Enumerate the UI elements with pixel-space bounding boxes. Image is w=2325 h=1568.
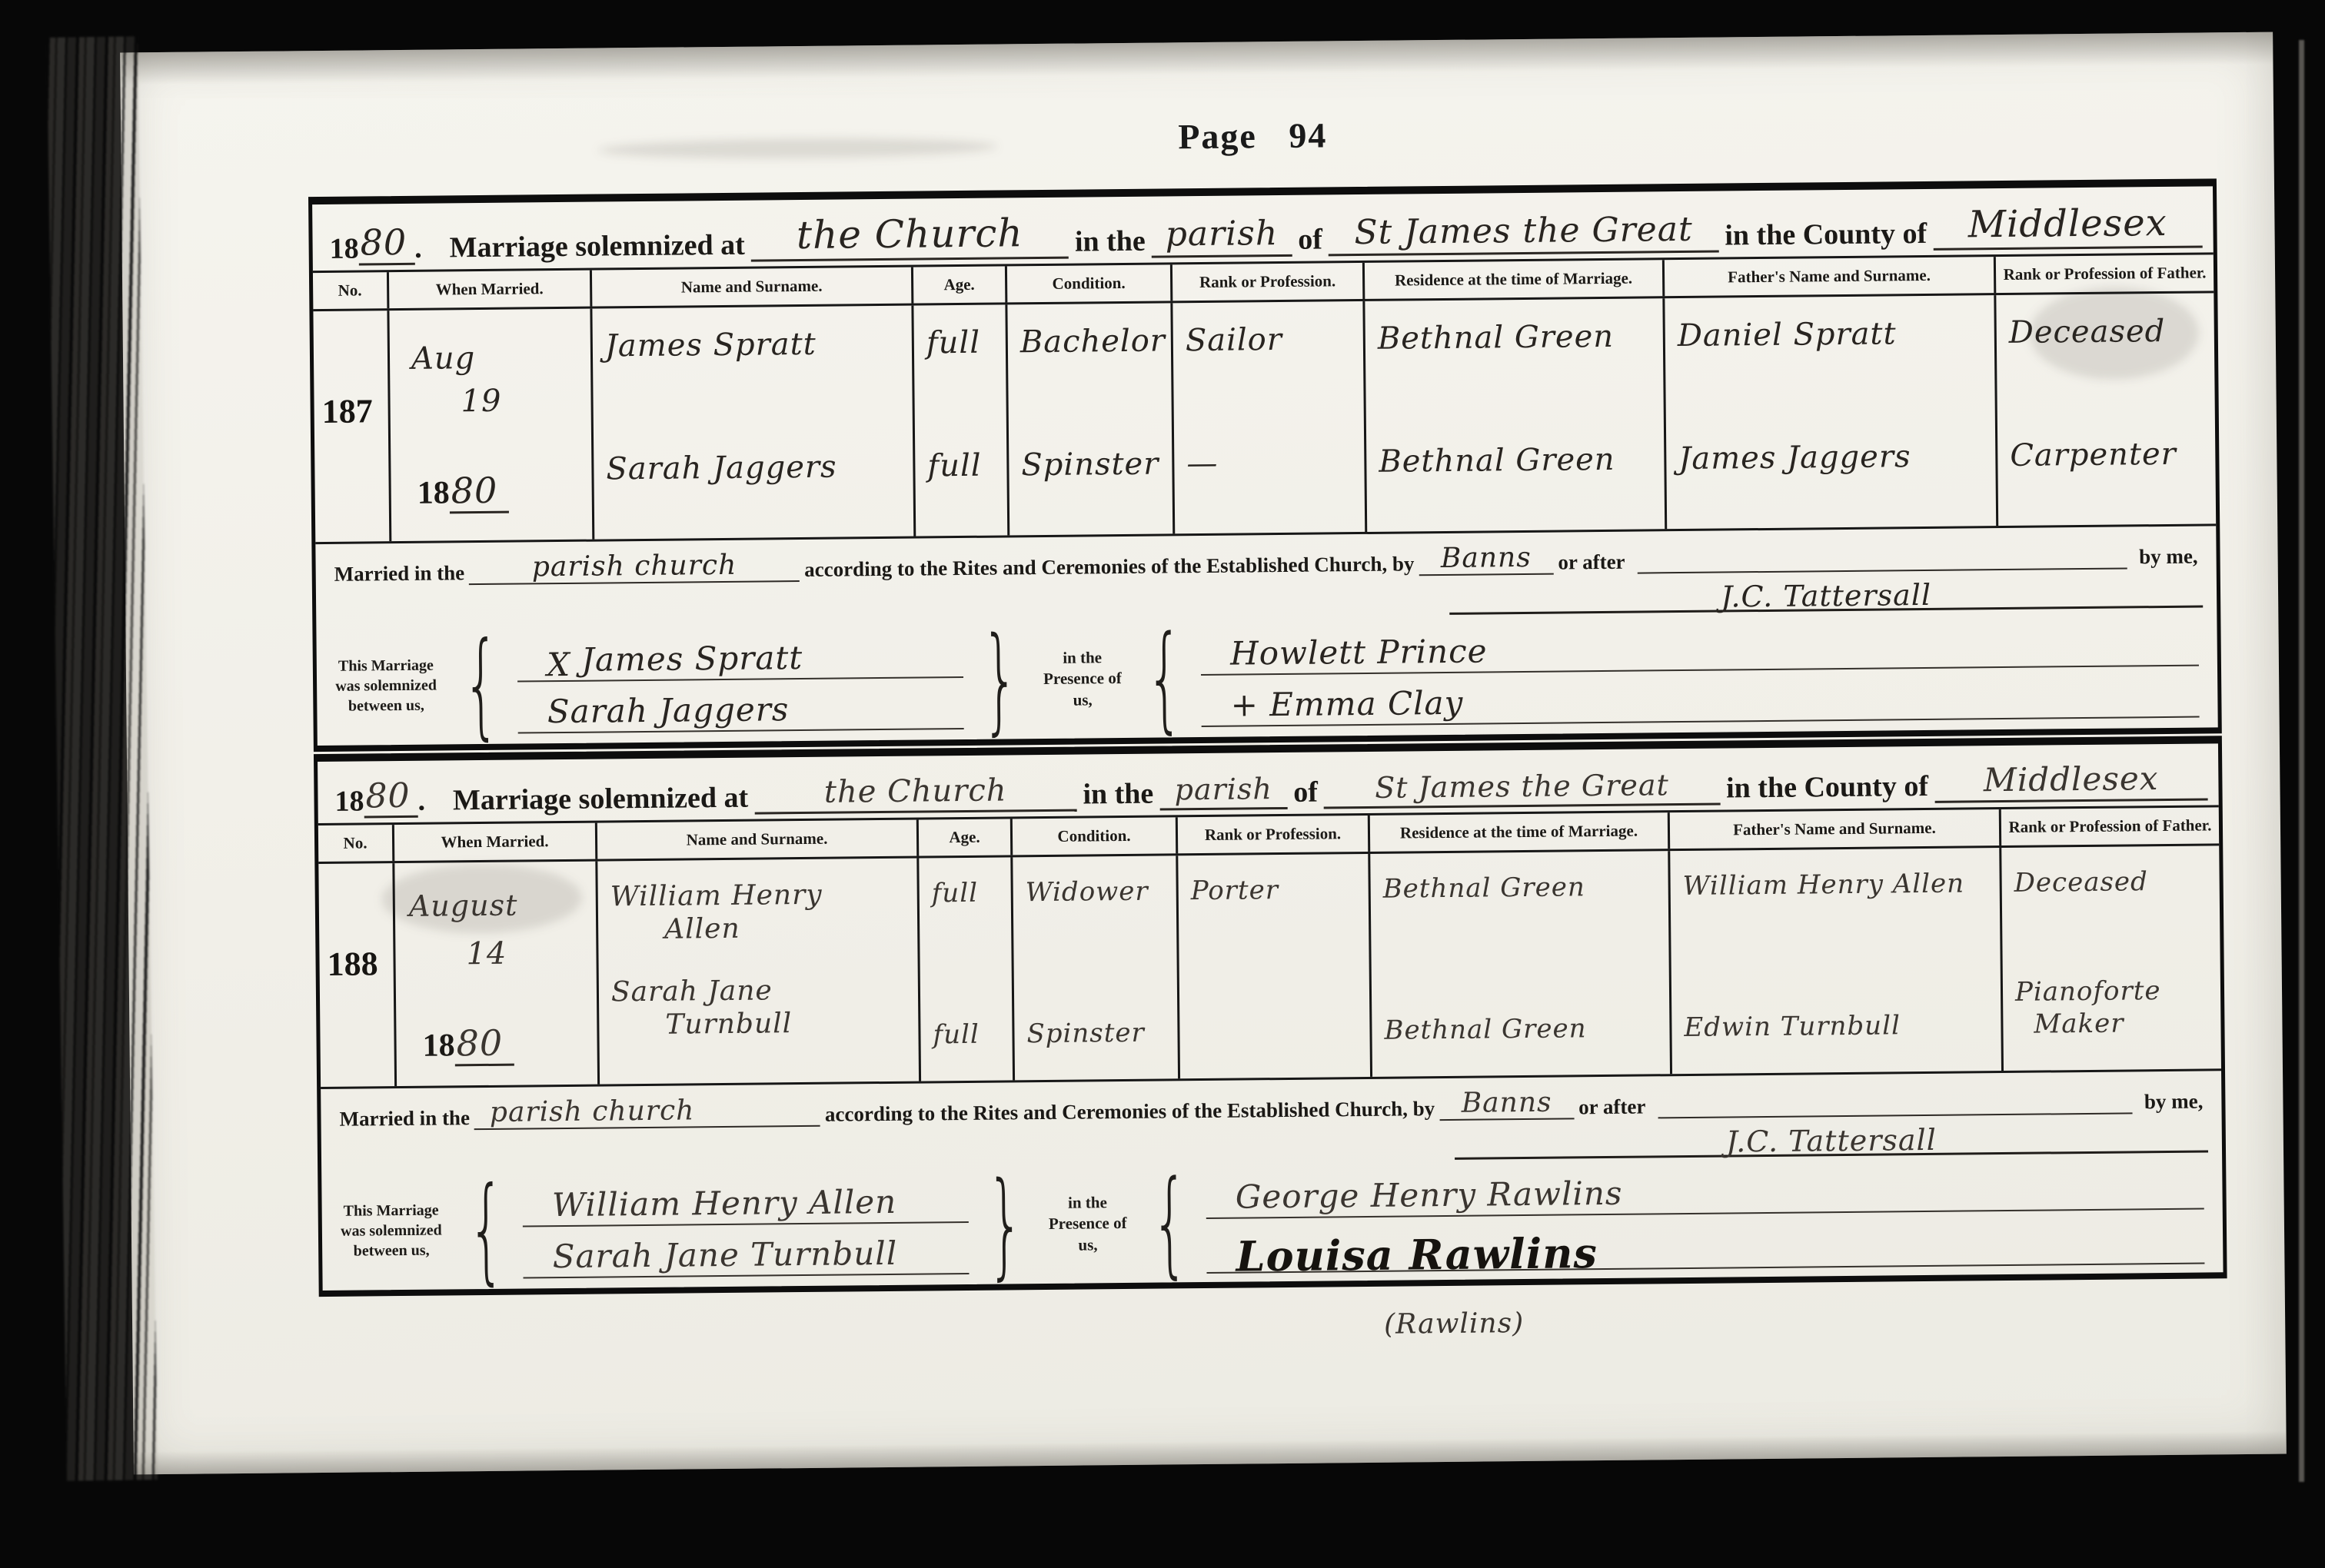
bride-name: Sarah JaneTurnbull (611, 975, 793, 1041)
witness-signatures: Howlett Prince + Emma Clay (1201, 617, 2200, 729)
witness-surname-note: (Rawlins) (1384, 1307, 1524, 1340)
cell-names: William HenryAllen Sarah JaneTurnbull (595, 859, 919, 1085)
married-by-handwritten: Banns (1439, 1086, 1574, 1121)
cell-age: full full (916, 857, 1013, 1081)
groom-name: William HenryAllen (610, 879, 823, 946)
this-marriage-label: This Marriage was solemnized between us, (333, 1200, 451, 1261)
of-label: of (1298, 222, 1322, 256)
minister-signature-line: J.C. Tattersall (1449, 572, 2203, 615)
marriage-month: August (409, 889, 518, 923)
church-name-handwritten: the Church (750, 211, 1069, 262)
col-when-married: When Married. (387, 271, 590, 309)
bride-age: full (927, 448, 982, 484)
open-brace: { (1151, 1177, 1189, 1269)
year-handwritten: 80 (449, 470, 508, 514)
married-by-handwritten: Banns (1419, 542, 1553, 576)
col-name-surname: Name and Surname. (595, 820, 916, 859)
groom-condition: Widower (1026, 876, 1149, 909)
groom-signature: James Spratt (581, 638, 803, 678)
according-label: according to the Rites and Ceremonies of… (825, 1097, 1435, 1127)
marriage-day: 19 (461, 384, 501, 420)
parish-name-handwritten: St James the Great (1324, 768, 1721, 809)
col-father-rank: Rank or Profession of Father. (1994, 254, 2214, 293)
groom-father-rank: Deceased (2014, 866, 2148, 900)
cell-father: William Henry Allen Edwin Turnbull (1668, 848, 2001, 1074)
scanned-register-page: Page 94 18 80 . Marriage solemnized at t… (120, 32, 2287, 1475)
cell-father-rank: Deceased Carpenter (1994, 293, 2216, 526)
open-brace: { (462, 639, 500, 731)
col-residence: Residence at the time of Marriage. (1362, 260, 1662, 299)
county-of-label: in the County of (1725, 217, 1927, 253)
or-after-label: or after (1558, 550, 1625, 575)
witness2-signature-line: Louisa Rawlins (1206, 1211, 2204, 1273)
year-printed: 18 (334, 784, 364, 818)
open-brace: { (467, 1184, 505, 1276)
year-handwritten: 80 (454, 1022, 514, 1067)
col-residence: Residence at the time of Marriage. (1368, 812, 1668, 852)
by-me-label: by me, (2144, 1090, 2204, 1115)
col-father: Father's Name and Surname. (1662, 257, 1994, 296)
cell-age: full full (911, 304, 1007, 536)
col-no: No. (313, 272, 387, 309)
groom-signature: William Henry Allen (552, 1182, 897, 1223)
cell-father: Daniel Spratt James Jaggers (1662, 295, 1996, 529)
marriage-year: 1880 (422, 1022, 514, 1065)
col-condition: Condition. (1010, 817, 1176, 855)
film-scratch-stripe (2299, 40, 2304, 1482)
bride-father: James Jaggers (1678, 439, 1911, 477)
close-brace: } (982, 633, 1019, 726)
bride-signature-line: Sarah Jane Turnbull (523, 1227, 970, 1278)
cell-names: James Spratt Sarah Jaggers (590, 306, 913, 540)
witness1-signature-line: George Henry Rawlins (1206, 1163, 2204, 1218)
presence-label: in the Presence of us, (1037, 647, 1129, 711)
of-label: of (1293, 776, 1318, 809)
married-in-the-label: Married in the (339, 1106, 470, 1131)
cell-rank: Sailor — (1170, 301, 1365, 533)
groom-mark: X (547, 645, 570, 683)
bride-rank: — (1186, 446, 1218, 481)
col-age: Age. (911, 266, 1005, 303)
party-signatures: X James Spratt Sarah Jaggers (517, 629, 964, 736)
col-father: Father's Name and Surname. (1668, 809, 1999, 849)
this-marriage-label: This Marriage was solemnized between us, (328, 655, 445, 716)
groom-condition: Bachelor (1020, 323, 1166, 360)
witness-section: This Marriage was solemnized between us,… (321, 1157, 2223, 1291)
cell-number: 187 (313, 311, 389, 542)
by-me-label: by me, (2139, 545, 2198, 570)
groom-residence: Bethnal Green (1383, 872, 1585, 905)
page-number: Page 94 (1178, 115, 1328, 157)
blank-line (1637, 544, 2127, 573)
groom-signature-line: William Henry Allen (523, 1176, 970, 1227)
col-rank: Rank or Profession. (1176, 816, 1368, 853)
minister-signature: J.C. Tattersall (1721, 578, 1931, 614)
county-handwritten: Middlesex (1934, 759, 2208, 802)
presence-label: in the Presence of us, (1042, 1192, 1133, 1256)
bride-signature-line: Sarah Jaggers (518, 683, 965, 733)
col-when-married: When Married. (392, 823, 595, 862)
year-printed: 18 (417, 475, 449, 510)
witness2-signature-line: + Emma Clay (1201, 671, 2199, 726)
record-data-row: 188 August 14 1880 William HenryAllen Sa… (318, 845, 2221, 1087)
col-father-rank: Rank or Profession of Father. (1999, 807, 2219, 845)
entry-number: 188 (327, 944, 378, 984)
marriage-record-187: 18 80 . Marriage solemnized at the Churc… (308, 178, 2222, 752)
marriage-month: Aug (411, 341, 476, 377)
witness1-signature: Howlett Prince (1230, 632, 1488, 672)
married-place-handwritten: parish church (469, 549, 800, 585)
parish-name-handwritten: St James the Great (1329, 210, 1719, 257)
record-data-row: 187 Aug 19 1880 James Spratt Sarah Jagge… (313, 293, 2216, 542)
groom-age: full (932, 878, 979, 909)
col-no: No. (318, 825, 392, 862)
groom-rank: Porter (1191, 875, 1279, 906)
bride-signature: Sarah Jane Turnbull (552, 1234, 897, 1274)
witness2-signature: + Emma Clay (1230, 683, 1463, 723)
or-after-label: or after (1578, 1095, 1645, 1119)
scan-smudge (597, 137, 997, 161)
solemnized-at-label: Marriage solemnized at (449, 228, 745, 265)
groom-residence: Bethnal Green (1378, 319, 1615, 357)
according-label: according to the Rites and Ceremonies of… (804, 552, 1415, 582)
witness-signatures: George Henry Rawlins Louisa Rawlins (1206, 1162, 2205, 1274)
col-rank: Rank or Profession. (1170, 263, 1362, 301)
bride-father-rank: PianoforteMaker (2015, 975, 2161, 1040)
solemnized-at-label: Marriage solemnized at (453, 781, 749, 818)
church-name-handwritten: the Church (754, 772, 1077, 815)
county-handwritten: Middlesex (1933, 201, 2203, 250)
bride-residence: Bethnal Green (1384, 1013, 1586, 1046)
bride-condition: Spinster (1026, 1018, 1145, 1049)
bride-name: Sarah Jaggers (606, 450, 837, 489)
witness2-signature: Louisa Rawlins (1236, 1228, 1598, 1281)
marriage-year: 1880 (417, 470, 508, 512)
groom-father: William Henry Allen (1682, 869, 1964, 902)
year-handwritten: 80 (364, 776, 418, 819)
witness-section: This Marriage was solemnized between us,… (316, 612, 2217, 746)
marriage-record-188: 18 80 . Marriage solemnized at the Churc… (314, 736, 2227, 1297)
cell-when-married: Aug 19 1880 (387, 309, 592, 542)
groom-father: Daniel Spratt (1678, 316, 1897, 354)
minister-signature-line: J.C. Tattersall (1455, 1116, 2208, 1159)
entry-number: 187 (321, 391, 372, 431)
married-in-the-label: Married in the (334, 561, 465, 586)
col-name-surname: Name and Surname. (590, 267, 911, 307)
groom-age: full (926, 325, 981, 361)
cell-residence: Bethnal Green Bethnal Green (1368, 851, 1670, 1077)
in-the-label: in the (1083, 777, 1153, 812)
period: . (414, 231, 422, 265)
witness1-signature-line: Howlett Prince (1201, 620, 2199, 675)
party-signatures: William Henry Allen Sarah Jane Turnbull (523, 1174, 970, 1281)
groom-name: James Spratt (605, 327, 817, 366)
open-brace: { (1146, 632, 1183, 724)
cell-when-married: August 14 1880 (392, 862, 597, 1087)
blank-line (1658, 1089, 2132, 1118)
col-condition: Condition. (1005, 264, 1170, 302)
married-place-handwritten: parish church (474, 1094, 820, 1130)
cell-rank: Porter (1176, 854, 1370, 1078)
minister-signature: J.C. Tattersall (1726, 1123, 1937, 1159)
county-of-label: in the County of (1726, 769, 1928, 806)
parish-word-handwritten: parish (1159, 772, 1287, 811)
bride-condition: Spinster (1021, 447, 1159, 483)
year-handwritten: 80 (358, 221, 414, 266)
parish-word-handwritten: parish (1151, 214, 1292, 258)
bride-residence: Bethnal Green (1379, 442, 1615, 480)
close-brace: } (987, 1178, 1025, 1271)
groom-father-rank: Deceased (2009, 314, 2166, 352)
bride-age: full (933, 1019, 980, 1051)
groom-rank: Sailor (1186, 322, 1282, 358)
cell-number: 188 (318, 863, 394, 1087)
bride-father: Edwin Turnbull (1684, 1010, 1901, 1043)
year-printed: 18 (422, 1028, 454, 1063)
period: . (417, 784, 425, 818)
bride-signature: Sarah Jaggers (547, 690, 790, 730)
col-age: Age. (916, 819, 1010, 855)
cell-father-rank: Deceased PianoforteMaker (1999, 845, 2221, 1071)
witness1-signature: George Henry Rawlins (1236, 1174, 1623, 1215)
cell-condition: Bachelor Spinster (1005, 303, 1172, 535)
groom-signature-line: X James Spratt (517, 631, 964, 682)
cell-residence: Bethnal Green Bethnal Green (1362, 298, 1665, 532)
marriage-day: 14 (466, 936, 507, 972)
year-printed: 18 (329, 232, 358, 266)
in-the-label: in the (1075, 224, 1146, 259)
cell-condition: Widower Spinster (1010, 855, 1178, 1080)
bride-father-rank: Carpenter (2010, 437, 2177, 475)
